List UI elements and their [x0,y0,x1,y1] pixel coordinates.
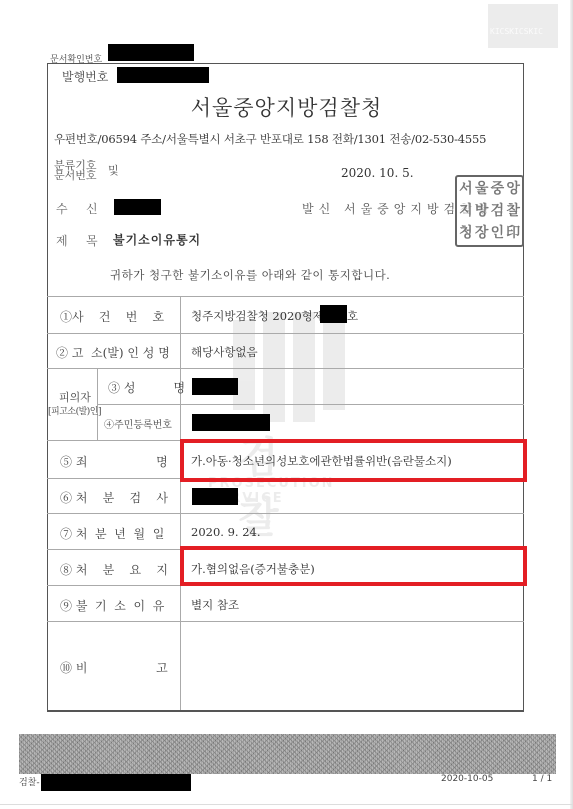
redacted-resident-number [192,414,270,431]
label-remarks: ⑩ 비 고 [60,659,168,676]
value-non-prosecution-reason: 별지 참조 [191,597,239,613]
table-top-border [47,296,524,297]
seal-char: 印 [505,222,521,244]
document-date: 2020. 10. 5. [341,166,414,180]
recipient-label-1: 수 [56,200,68,217]
subject-label-1: 제 [56,232,68,249]
seal-char: 앙 [505,178,521,200]
agency-address: 우편번호/06594 주소/서울특별시 서초구 반포대로 158 전화/1301… [54,131,486,147]
redacted-case-number [320,305,347,323]
redacted-prosecutor [192,488,238,505]
redacted-recipient [114,199,161,215]
row-divider [47,621,524,622]
classification-label: 분류기호 문서번호 [54,161,97,181]
classification-and: 및 [108,162,119,178]
seal-char: 인 [490,222,506,244]
seal-char: 서 [458,178,474,200]
redacted-doc-confirm-number [108,44,194,61]
classification-label-line2: 문서번호 [54,171,97,181]
recipient-label-2: 신 [86,200,98,217]
label-prosecutor: ⑥ 처 분 검 사 [60,489,168,506]
label-suspect-name: ③ 성 명 [108,379,185,396]
official-seal-stamp: 서 울 중 앙 지 방 검 찰 청 장 인 印 [455,175,524,247]
seal-char: 울 [474,178,490,200]
value-case-number-prefix: 청주지방검찰청 2020형제 [191,308,324,324]
seal-char: 지 [458,200,474,222]
label-non-prosecution-reason: ⑨ 불 기 소 이 유 [60,597,164,614]
notice-text: 귀하가 청구한 불기소이유를 아래와 같이 통지합니다. [110,267,390,283]
label-disposition-summary: ⑧ 처 분 요 지 [60,561,168,578]
label-offense: ⑤ 죄 명 [60,453,168,470]
redacted-issue-number [117,67,209,83]
value-complainant-name: 해당사항없음 [191,344,258,360]
value-case-number-suffix: 호 [347,308,358,324]
label-disposition-date: ⑦ 처 분 년 월 일 [60,525,164,542]
seal-char: 찰 [505,200,521,222]
row-divider [97,404,524,405]
label-resident-number: ④주민등록번호 [104,416,172,431]
table-bottom-border [47,710,524,712]
disposition-highlight-box [180,546,527,586]
footer-page-number: 1 / 1 [532,774,552,784]
row-divider [47,513,524,514]
label-complainant-name: ② 고 소(발) 인 성 명 [56,344,170,361]
seal-char: 청 [458,222,474,244]
subject-label-2: 목 [86,232,98,249]
kics-watermark: KICSKICSKIC KICSKICSKIC KICSKICSKIC KICS… [488,4,558,48]
redacted-footer-number [41,774,191,791]
security-noise-band [19,734,556,774]
seal-char: 장 [474,222,490,244]
page-bottom-rule [0,804,573,805]
offense-highlight-box [180,439,527,482]
footer-date: 2020-10-05 [441,774,493,784]
row-divider [47,368,524,369]
seal-char: 중 [490,178,506,200]
seal-char: 방 [474,200,490,222]
seal-char: 검 [490,200,506,222]
label-case-number: ①사 건 번 호 [60,308,164,325]
issue-number-label: 발행번호 [62,68,108,85]
row-divider [47,333,524,334]
subject-value: 불기소이유통지 [113,231,201,248]
kics-line: KICSKICSKIC [490,27,558,38]
column-divider [180,296,181,710]
redacted-suspect-name [192,378,238,395]
agency-title: 서울중앙지방검찰청 [0,92,573,122]
value-disposition-date: 2020. 9. 24. [191,525,261,539]
footer-doc-prefix: 검찰- [19,775,40,788]
label-suspect-group-sub: [피고소(발)인] [48,404,101,417]
label-suspect-group: 피의자 [59,389,91,405]
